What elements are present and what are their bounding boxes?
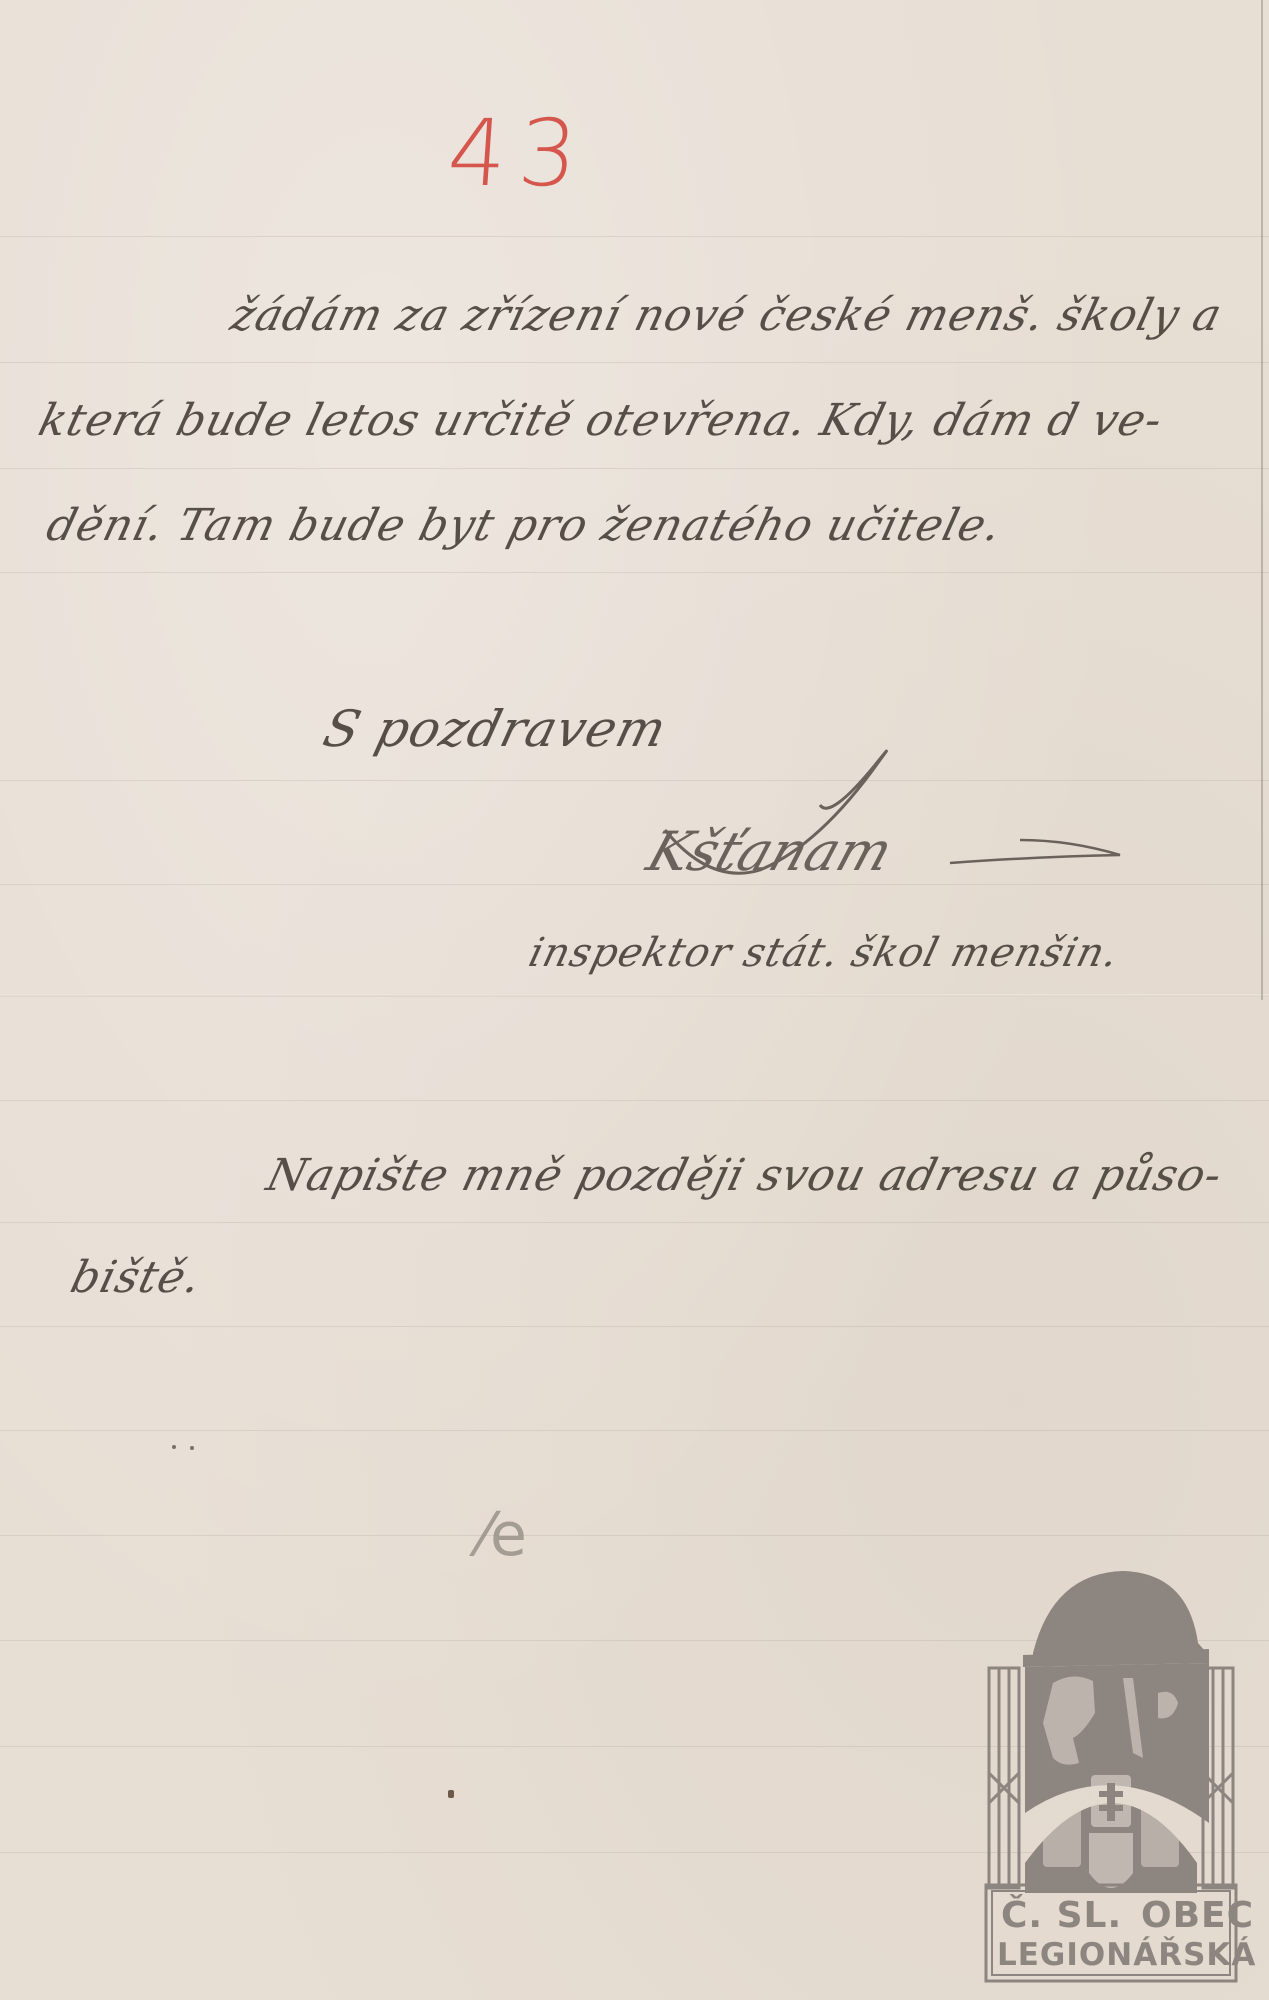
logo-text-obec: OBEC xyxy=(1141,1895,1254,1936)
ink-speck xyxy=(190,1446,194,1450)
body-line-2: která bude letos určitě otevřena. Kdy, d… xyxy=(34,395,1168,446)
paper-edge xyxy=(1261,0,1263,1000)
signatory-title: inspektor stát. škol menšin. xyxy=(524,930,1124,976)
logo-text-csl: Č. SL. xyxy=(1001,1895,1122,1936)
postscript-line-2: biště. xyxy=(66,1252,207,1303)
postscript-line-1: Napište mně později svou adresu a půso- xyxy=(262,1150,1228,1201)
logo-text-legionarska: LEGIONÁŘSKÁ xyxy=(997,1937,1256,1973)
ruled-line xyxy=(0,1100,1269,1101)
ruled-line xyxy=(0,572,1269,573)
ink-speck xyxy=(448,1790,454,1798)
ruled-line xyxy=(0,1430,1269,1431)
ruled-line xyxy=(0,1535,1269,1536)
pencil-mark: ⁄e xyxy=(480,1500,527,1570)
page-number: 43 xyxy=(444,100,593,207)
ruled-line xyxy=(0,1326,1269,1327)
ink-speck xyxy=(172,1445,176,1449)
ruled-line xyxy=(0,362,1269,363)
closing-salutation: S pozdravem xyxy=(318,700,673,758)
legion-logo: Č. SL. OBEC LEGIONÁŘSKÁ xyxy=(983,1563,1239,1983)
body-line-3: dění. Tam bude byt pro ženatého učitele. xyxy=(42,500,1007,551)
body-line-1: žádám za zřízení nové české menš. školy … xyxy=(226,290,1228,341)
paper-fold-crease xyxy=(0,994,1269,997)
ruled-line xyxy=(0,1222,1269,1223)
ruled-line xyxy=(0,236,1269,237)
signature: Kšťanam xyxy=(640,820,901,883)
ruled-line xyxy=(0,468,1269,469)
